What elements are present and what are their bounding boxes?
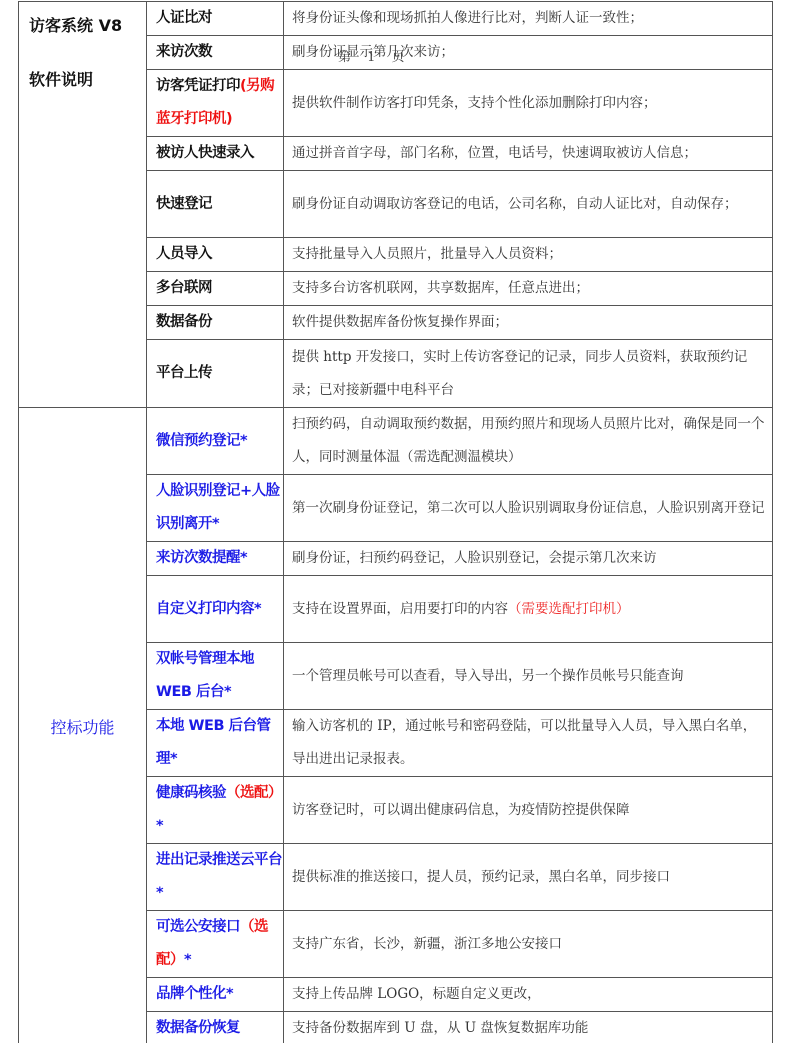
feature-name: 自定义打印内容* [147,576,284,643]
table-row: 控标功能 微信预约登记* 扫预约码，自动调取预约数据，用预约照片和现场人员照片比… [19,408,773,475]
feature-asterisk: * [184,952,191,968]
feature-name-text: 访客凭证打印 [156,78,240,94]
feature-name: 人证比对 [147,2,284,36]
feature-description: 支持批量导入人员照片，批量导入人员资料； [284,238,773,272]
feature-name-text: 可选公安接口 [156,919,240,935]
spec-document: 访客系统 V8 软件说明 人证比对 将身份证头像和现场抓拍人像进行比对，判断人证… [18,1,772,1043]
feature-name: 来访次数 [147,36,284,70]
feature-description: 支持广东省，长沙，新疆，浙江多地公安接口 [284,911,773,978]
feature-description: 一个管理员帐号可以查看，导入导出，另一个操作员帐号只能查询 [284,643,773,710]
feature-asterisk: * [156,818,163,834]
description-text: 支持在设置界面，启用要打印的内容 [292,601,508,617]
feature-description: 支持在设置界面，启用要打印的内容（需要选配打印机） [284,576,773,643]
group-bid-cell: 控标功能 [19,408,147,1043]
section-title: 控标功能 [50,718,114,737]
feature-description: 提供 http 开发接口，实时上传访客登记的记录，同步人员资料，获取预约记录；已… [284,340,773,408]
feature-description: 支持备份数据库到 U 盘，从 U 盘恢复数据库功能 [284,1012,773,1043]
feature-name: 健康码核验（选配）* [147,777,284,844]
product-title: 访客系统 V8 [19,16,146,36]
feature-name: 访客凭证打印(另购蓝牙打印机) [147,70,284,137]
feature-name: 数据备份恢复 [147,1012,284,1043]
group-software-cell: 访客系统 V8 软件说明 [19,2,147,408]
feature-description: 刷身份证自动调取访客登记的电话，公司名称，自动人证比对，自动保存； [284,171,773,238]
feature-description: 访客登记时，可以调出健康码信息，为疫情防控提供保障 [284,777,773,844]
feature-name: 可选公安接口（选配）* [147,911,284,978]
feature-table: 访客系统 V8 软件说明 人证比对 将身份证头像和现场抓拍人像进行比对，判断人证… [18,1,773,1043]
feature-description: 将身份证头像和现场抓拍人像进行比对，判断人证一致性； [284,2,773,36]
feature-description: 软件提供数据库备份恢复操作界面； [284,306,773,340]
feature-name: 多台联网 [147,272,284,306]
feature-description: 刷身份证，扫预约码登记，人脸识别登记，会提示第几次来访 [284,542,773,576]
section-title: 软件说明 [19,70,146,90]
feature-name: 人脸识别登记+人脸识别离开* [147,475,284,542]
feature-name: 本地 WEB 后台管理* [147,710,284,777]
feature-description: 第一次刷身份证登记，第二次可以人脸识别调取身份证信息，人脸识别离开登记 [284,475,773,542]
table-row: 访客系统 V8 软件说明 人证比对 将身份证头像和现场抓拍人像进行比对，判断人证… [19,2,773,36]
feature-name: 微信预约登记* [147,408,284,475]
description-note: （需要选配打印机） [508,601,630,617]
feature-description: 刷身份证显示第几次来访； [284,36,773,70]
feature-description: 提供软件制作访客打印凭条，支持个性化添加删除打印内容； [284,70,773,137]
feature-name: 品牌个性化* [147,978,284,1012]
feature-name: 被访人快速录入 [147,137,284,171]
feature-name-text: 健康码核验 [156,785,226,801]
feature-name: 人员导入 [147,238,284,272]
feature-name: 平台上传 [147,340,284,408]
feature-name: 双帐号管理本地WEB 后台* [147,643,284,710]
feature-description: 输入访客机的 IP，通过帐号和密码登陆，可以批量导入人员，导入黑白名单，导出进出… [284,710,773,777]
feature-description: 扫预约码，自动调取预约数据，用预约照片和现场人员照片比对，确保是同一个人，同时测… [284,408,773,475]
feature-description: 支持上传品牌 LOGO，标题自定义更改， [284,978,773,1012]
feature-name: 进出记录推送云平台* [147,844,284,911]
feature-name: 快速登记 [147,171,284,238]
feature-description: 通过拼音首字母，部门名称，位置，电话号，快速调取被访人信息； [284,137,773,171]
feature-note: （选配） [226,785,282,801]
feature-description: 支持多台访客机联网，共享数据库，任意点进出； [284,272,773,306]
feature-name: 来访次数提醒* [147,542,284,576]
feature-description: 提供标准的推送接口，提人员，预约记录，黑白名单，同步接口 [284,844,773,911]
feature-name: 数据备份 [147,306,284,340]
